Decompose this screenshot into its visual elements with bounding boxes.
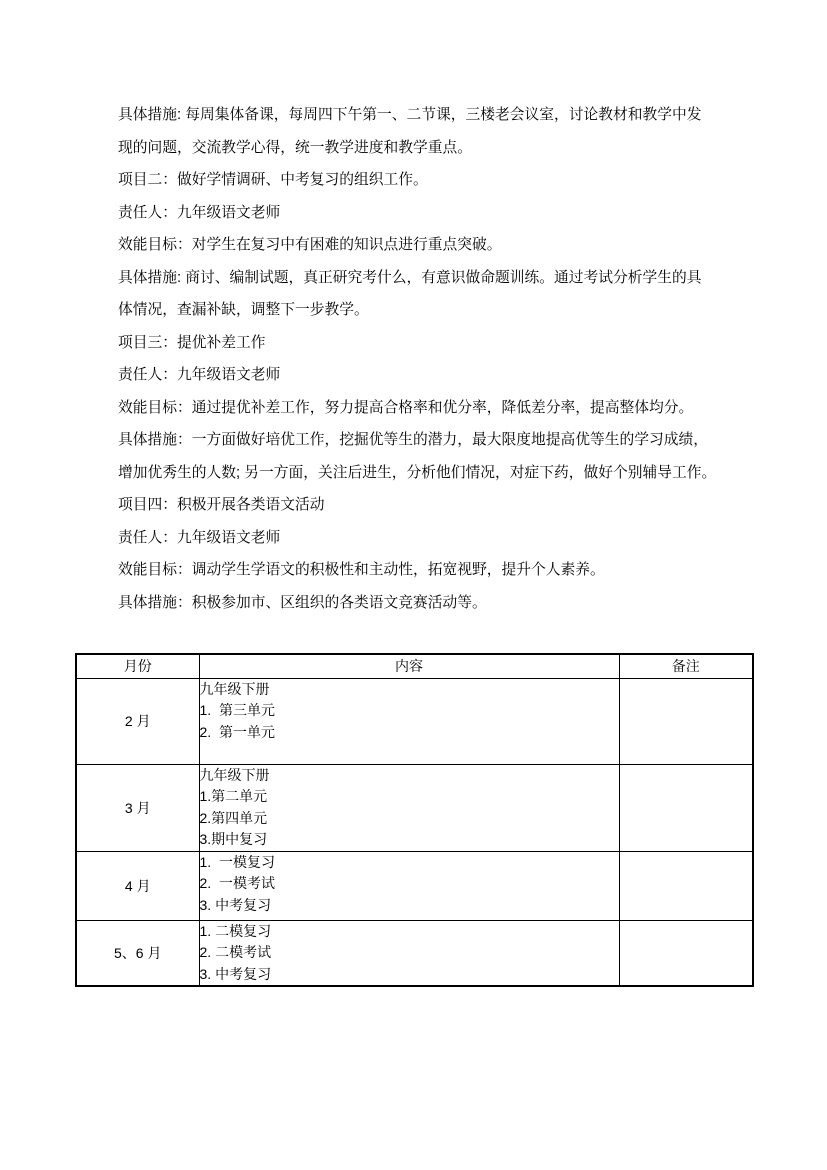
table-row-may-june: 5、6 月 1. 二模复习 2. 二模考试 3. 中考复习 xyxy=(76,920,753,986)
content-line: 1. 二模复习 xyxy=(200,921,619,943)
content-line: 3. 中考复习 xyxy=(200,895,619,917)
paragraph-line: 增加优秀生的人数; 另一方面，关注后进生，分析他们情况，对症下药，做好个别辅导工… xyxy=(118,457,711,490)
header-note: 备注 xyxy=(619,654,753,678)
content-cell: 九年级下册 1. 第三单元 2. 第一单元 xyxy=(199,678,619,764)
schedule-table: 月份 内容 备注 2 月 九年级下册 1. 第三单元 2. 第一单元 3 月 九… xyxy=(75,653,754,987)
paragraph-line: 效能目标：对学生在复习中有困难的知识点进行重点突破。 xyxy=(118,229,711,262)
content-line: 2. 二模考试 xyxy=(200,942,619,964)
paragraph-line: 项目二：做好学情调研、中考复习的组织工作。 xyxy=(118,164,711,197)
table-row-april: 4 月 1. 一模复习 2. 一模考试 3. 中考复习 xyxy=(76,851,753,920)
note-cell xyxy=(619,851,753,920)
monthly-schedule-table: 月份 内容 备注 2 月 九年级下册 1. 第三单元 2. 第一单元 3 月 九… xyxy=(75,653,754,987)
content-cell: 九年级下册 1.第二单元 2.第四单元 3.期中复习 xyxy=(199,764,619,851)
content-line: 九年级下册 xyxy=(200,679,619,701)
note-cell xyxy=(619,764,753,851)
table-row-february: 2 月 九年级下册 1. 第三单元 2. 第一单元 xyxy=(76,678,753,764)
month-cell: 4 月 xyxy=(76,851,199,920)
paragraph-line: 项目四：积极开展各类语文活动 xyxy=(118,489,711,522)
content-line: 3. 中考复习 xyxy=(200,964,619,986)
paragraph-line: 责任人：九年级语文老师 xyxy=(118,522,711,555)
table-header-row: 月份 内容 备注 xyxy=(76,654,753,678)
table-row-march: 3 月 九年级下册 1.第二单元 2.第四单元 3.期中复习 xyxy=(76,764,753,851)
paragraph-line: 体情况，查漏补缺，调整下一步教学。 xyxy=(118,294,711,327)
paragraph-line: 效能目标：通过提优补差工作，努力提高合格率和优分率，降低差分率，提高整体均分。 xyxy=(118,392,711,425)
content-line: 2. 一模考试 xyxy=(200,873,619,895)
content-line: 2. 第一单元 xyxy=(200,722,619,744)
document-page: 具体措施: 每周集体备课，每周四下午第一、二节课，三楼老会议室，讨论教材和教学中… xyxy=(0,0,827,1170)
paragraph-line: 具体措施: 每周集体备课，每周四下午第一、二节课，三楼老会议室，讨论教材和教学中… xyxy=(118,99,711,132)
content-cell: 1. 一模复习 2. 一模考试 3. 中考复习 xyxy=(199,851,619,920)
note-cell xyxy=(619,920,753,986)
paragraph-line: 责任人：九年级语文老师 xyxy=(118,359,711,392)
header-content: 内容 xyxy=(199,654,619,678)
content-line: 九年级下册 xyxy=(200,765,619,787)
paragraph-line: 具体措施：一方面做好培优工作，挖掘优等生的潜力，最大限度地提高优等生的学习成绩， xyxy=(118,424,711,457)
content-line: 1. 一模复习 xyxy=(200,852,619,874)
paragraph-line: 现的问题，交流教学心得，统一教学进度和教学重点。 xyxy=(118,132,711,165)
header-month: 月份 xyxy=(76,654,199,678)
paragraph-line: 效能目标：调动学生学语文的积极性和主动性，拓宽视野，提升个人素养。 xyxy=(118,554,711,587)
content-line: 3.期中复习 xyxy=(200,829,619,851)
month-cell: 5、6 月 xyxy=(76,920,199,986)
paragraph-line: 具体措施: 商讨、编制试题，真正研究考什么，有意识做命题训练。通过考试分析学生的… xyxy=(118,262,711,295)
content-line: 2.第四单元 xyxy=(200,808,619,830)
content-line: 1.第二单元 xyxy=(200,786,619,808)
paragraph-line: 责任人：九年级语文老师 xyxy=(118,197,711,230)
month-cell: 3 月 xyxy=(76,764,199,851)
paragraph-line: 项目三：提优补差工作 xyxy=(118,327,711,360)
document-body-text: 具体措施: 每周集体备课，每周四下午第一、二节课，三楼老会议室，讨论教材和教学中… xyxy=(118,99,711,619)
content-cell: 1. 二模复习 2. 二模考试 3. 中考复习 xyxy=(199,920,619,986)
month-cell: 2 月 xyxy=(76,678,199,764)
paragraph-line: 具体措施：积极参加市、区组织的各类语文竞赛活动等。 xyxy=(118,587,711,620)
content-line: 1. 第三单元 xyxy=(200,700,619,722)
note-cell xyxy=(619,678,753,764)
